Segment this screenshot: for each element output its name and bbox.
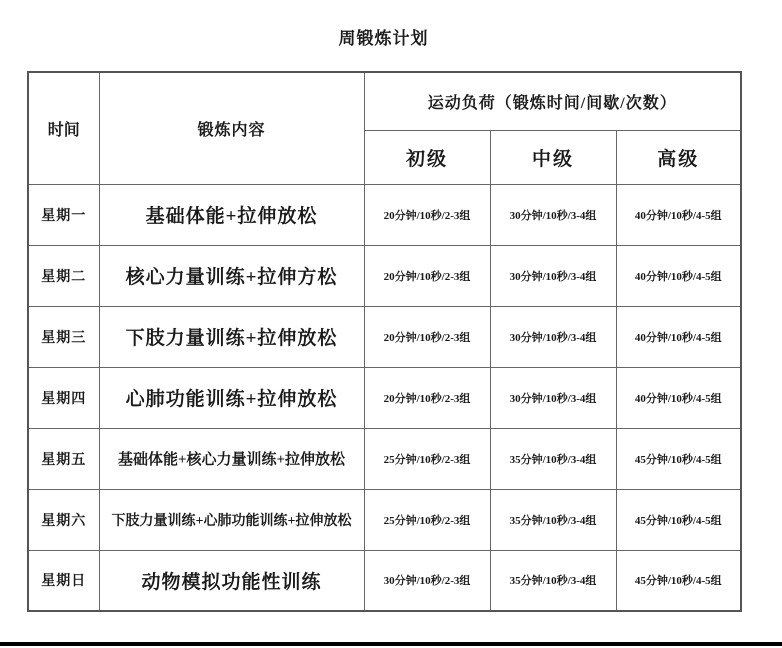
table-row-saturday: 星期六 下肢力量训练+心肺功能训练+拉伸放松 25分钟/10秒/2-3组 35分… xyxy=(28,489,741,550)
load-cell-beginner: 20分钟/10秒/2-3组 xyxy=(364,367,490,428)
load-cell-advanced: 45分钟/10秒/4-5组 xyxy=(616,489,741,550)
load-cell-intermediate: 30分钟/10秒/3-4组 xyxy=(490,306,616,367)
exercise-plan-table: 时间 锻炼内容 运动负荷（锻炼时间/间歇/次数） 初级 中级 高级 星期一 基础… xyxy=(27,71,742,612)
load-cell-intermediate: 30分钟/10秒/3-4组 xyxy=(490,184,616,245)
content-cell: 下肢力量训练+心肺功能训练+拉伸放松 xyxy=(99,489,364,550)
content-cell: 心肺功能训练+拉伸放松 xyxy=(99,367,364,428)
header-level-advanced: 高级 xyxy=(616,130,741,184)
load-cell-beginner: 20分钟/10秒/2-3组 xyxy=(364,306,490,367)
day-cell: 星期六 xyxy=(28,489,99,550)
load-cell-beginner: 25分钟/10秒/2-3组 xyxy=(364,428,490,489)
content-cell: 下肢力量训练+拉伸放松 xyxy=(99,306,364,367)
content-cell: 核心力量训练+拉伸方松 xyxy=(99,245,364,306)
load-cell-advanced: 45分钟/10秒/4-5组 xyxy=(616,428,741,489)
day-cell: 星期日 xyxy=(28,550,99,611)
load-cell-intermediate: 35分钟/10秒/3-4组 xyxy=(490,550,616,611)
content-cell: 基础体能+核心力量训练+拉伸放松 xyxy=(99,428,364,489)
day-cell: 星期五 xyxy=(28,428,99,489)
day-cell: 星期一 xyxy=(28,184,99,245)
load-cell-advanced: 45分钟/10秒/4-5组 xyxy=(616,550,741,611)
table-row-tuesday: 星期二 核心力量训练+拉伸方松 20分钟/10秒/2-3组 30分钟/10秒/3… xyxy=(28,245,741,306)
header-content: 锻炼内容 xyxy=(99,72,364,184)
load-cell-advanced: 40分钟/10秒/4-5组 xyxy=(616,367,741,428)
load-cell-intermediate: 30分钟/10秒/3-4组 xyxy=(490,367,616,428)
page-bottom-rule xyxy=(0,642,782,646)
header-load: 运动负荷（锻炼时间/间歇/次数） xyxy=(364,72,741,130)
load-cell-advanced: 40分钟/10秒/4-5组 xyxy=(616,306,741,367)
load-cell-beginner: 20分钟/10秒/2-3组 xyxy=(364,184,490,245)
day-cell: 星期二 xyxy=(28,245,99,306)
table-row-friday: 星期五 基础体能+核心力量训练+拉伸放松 25分钟/10秒/2-3组 35分钟/… xyxy=(28,428,741,489)
header-level-beginner: 初级 xyxy=(364,130,490,184)
load-cell-intermediate: 30分钟/10秒/3-4组 xyxy=(490,245,616,306)
table-row-wednesday: 星期三 下肢力量训练+拉伸放松 20分钟/10秒/2-3组 30分钟/10秒/3… xyxy=(28,306,741,367)
header-row-top: 时间 锻炼内容 运动负荷（锻炼时间/间歇/次数） xyxy=(28,72,741,130)
table-row-monday: 星期一 基础体能+拉伸放松 20分钟/10秒/2-3组 30分钟/10秒/3-4… xyxy=(28,184,741,245)
day-cell: 星期三 xyxy=(28,306,99,367)
document-page: 周锻炼计划 时间 锻炼内容 运动负荷（锻炼时间/间歇/次数） 初级 中级 高级 … xyxy=(0,0,782,648)
load-cell-intermediate: 35分钟/10秒/3-4组 xyxy=(490,489,616,550)
header-level-intermediate: 中级 xyxy=(490,130,616,184)
page-title: 周锻炼计划 xyxy=(27,24,740,49)
load-cell-advanced: 40分钟/10秒/4-5组 xyxy=(616,245,741,306)
load-cell-advanced: 40分钟/10秒/4-5组 xyxy=(616,184,741,245)
load-cell-intermediate: 35分钟/10秒/3-4组 xyxy=(490,428,616,489)
header-time: 时间 xyxy=(28,72,99,184)
load-cell-beginner: 25分钟/10秒/2-3组 xyxy=(364,489,490,550)
load-cell-beginner: 30分钟/10秒/2-3组 xyxy=(364,550,490,611)
table-row-sunday: 星期日 动物模拟功能性训练 30分钟/10秒/2-3组 35分钟/10秒/3-4… xyxy=(28,550,741,611)
table-row-thursday: 星期四 心肺功能训练+拉伸放松 20分钟/10秒/2-3组 30分钟/10秒/3… xyxy=(28,367,741,428)
content-cell: 动物模拟功能性训练 xyxy=(99,550,364,611)
day-cell: 星期四 xyxy=(28,367,99,428)
load-cell-beginner: 20分钟/10秒/2-3组 xyxy=(364,245,490,306)
content-cell: 基础体能+拉伸放松 xyxy=(99,184,364,245)
